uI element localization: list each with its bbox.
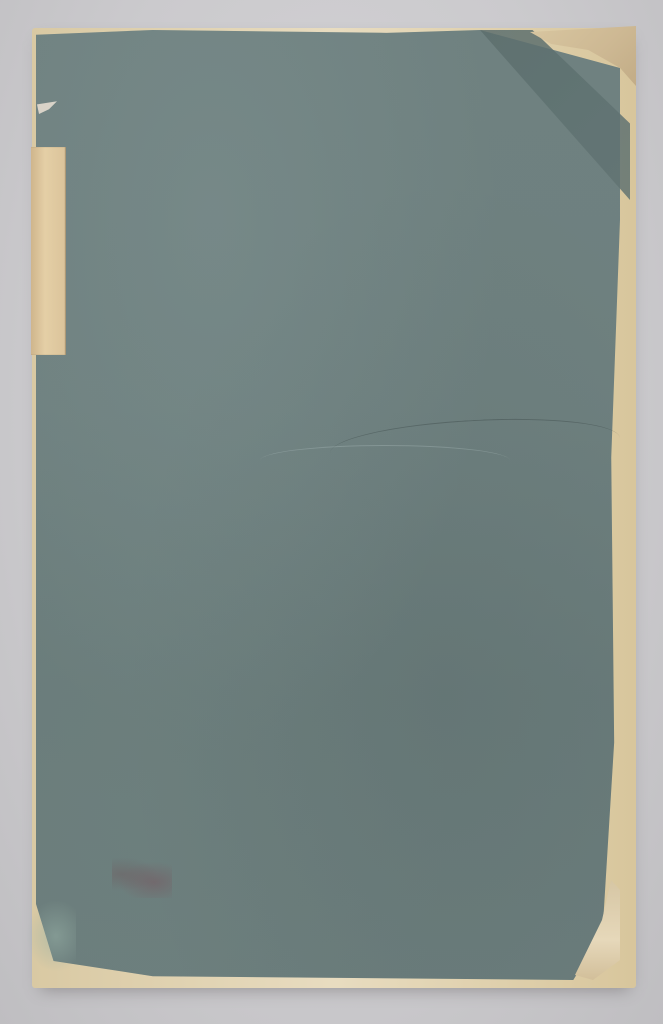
photo-scene bbox=[0, 0, 663, 1024]
spine-paper-tape bbox=[31, 147, 66, 355]
cover-crease-highlight bbox=[260, 445, 510, 476]
ink-stain bbox=[112, 858, 172, 898]
bottom-left-worn-corner bbox=[26, 900, 76, 972]
book-cover bbox=[36, 30, 620, 980]
